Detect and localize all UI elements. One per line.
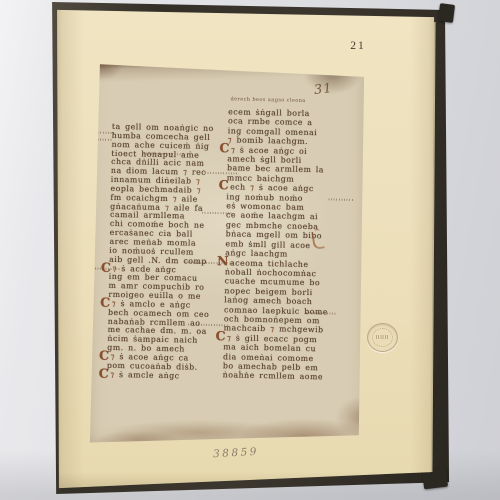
- book-cover-corner-top: [438, 3, 455, 23]
- folio-number-handwritten: 31: [313, 81, 333, 98]
- interlinear-gloss: [328, 198, 354, 201]
- interlinear-gloss: [90, 131, 116, 134]
- catalog-number-handwritten: 38859: [206, 445, 267, 460]
- book-page: 21 ta gell om noaṅgic nohumba comcecha g…: [54, 8, 436, 490]
- marginal-note: no ta cachna gell ro: [63, 248, 109, 260]
- interlinear-gloss: [90, 138, 112, 141]
- embossed-library-stamp: [367, 323, 398, 352]
- interlinear-gloss: [95, 268, 121, 271]
- manuscript-text-block: ta gell om noaṅgic nohumba comcecha gell…: [81, 61, 367, 449]
- page-number: 21: [342, 40, 374, 52]
- photographed-book-page: 21 ta gell om noaṅgic nohumba comcecha g…: [0, 0, 500, 500]
- manuscript-line: ṅoaḣṅe rcmllem aome: [223, 371, 341, 383]
- manuscript-header-gloss: derech beos angso cleona: [230, 97, 342, 104]
- manuscript-facsimile-photo: ta gell om noaṅgic nohumba comcecha gell…: [88, 62, 366, 444]
- manuscript-line: C ⁊ ṡ amcle aṅgc: [107, 370, 235, 382]
- marginal-note-line: na gell ro: [63, 253, 109, 259]
- manuscript-right-column: ecem ṡṅgall borlaoca rmbe comce aing com…: [223, 107, 347, 382]
